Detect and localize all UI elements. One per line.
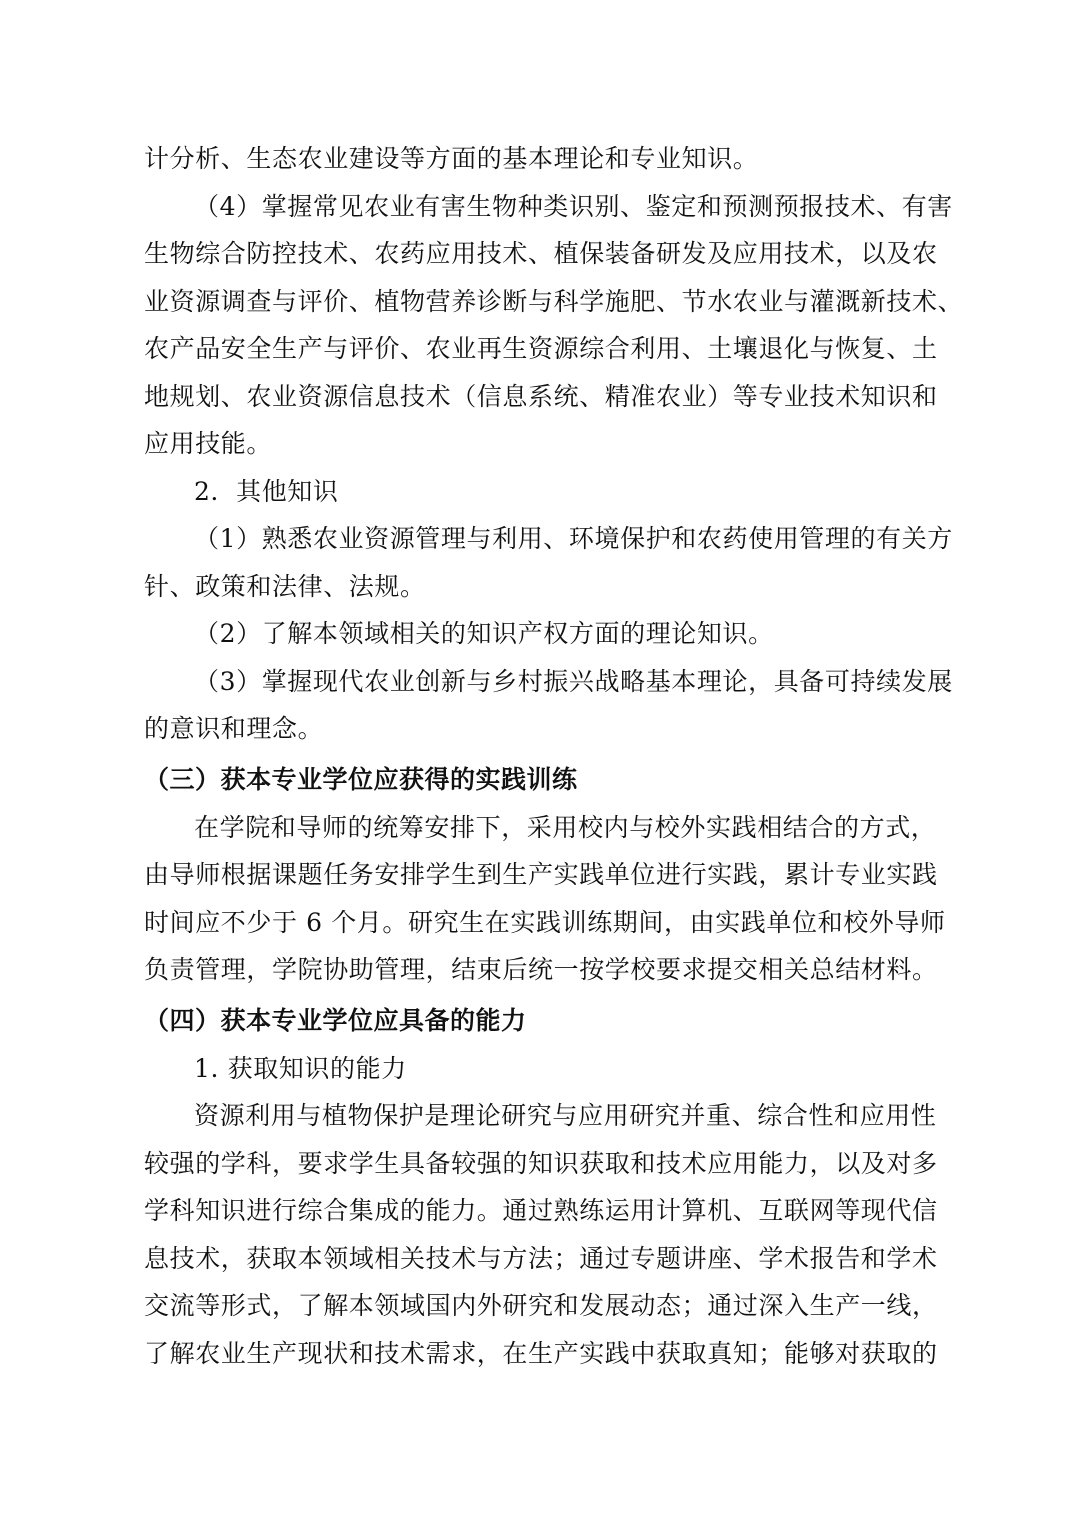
text-line: 计分析、生态农业建设等方面的基本理论和专业知识。 [144, 135, 934, 183]
text-line: 应用技能。 [144, 420, 934, 468]
document-page: 计分析、生态农业建设等方面的基本理论和专业知识。 （4）掌握常见农业有害生物种类… [144, 135, 934, 1377]
text-line: 的意识和理念。 [144, 705, 934, 753]
text-line: 业资源调查与评价、植物营养诊断与科学施肥、节水农业与灌溉新技术、 [144, 278, 934, 326]
paragraph-line: 资源利用与植物保护是理论研究与应用研究并重、综合性和应用性 [144, 1092, 934, 1140]
paragraph-line: 在学院和导师的统筹安排下，采用校内与校外实践相结合的方式， [144, 804, 934, 852]
paragraph-line: 了解农业生产现状和技术需求，在生产实践中获取真知；能够对获取的 [144, 1330, 934, 1378]
subheading-knowledge-acquisition: 1. 获取知识的能力 [144, 1045, 934, 1093]
list-item-4: （4）掌握常见农业有害生物种类识别、鉴定和预测预报技术、有害 [144, 183, 934, 231]
section-heading-abilities: （四）获本专业学位应具备的能力 [144, 994, 934, 1045]
paragraph-line: 息技术，获取本领域相关技术与方法；通过专题讲座、学术报告和学术 [144, 1235, 934, 1283]
paragraph-line: 时间应不少于 6 个月。研究生在实践训练期间，由实践单位和校外导师 [144, 899, 934, 947]
list-item-2: （2）了解本领域相关的知识产权方面的理论知识。 [144, 610, 934, 658]
paragraph-line: 学科知识进行综合集成的能力。通过熟练运用计算机、互联网等现代信 [144, 1187, 934, 1235]
paragraph-line: 负责管理，学院协助管理，结束后统一按学校要求提交相关总结材料。 [144, 946, 934, 994]
section-heading-practice-training: （三）获本专业学位应获得的实践训练 [144, 753, 934, 804]
list-item-1: （1）熟悉农业资源管理与利用、环境保护和农药使用管理的有关方 [144, 515, 934, 563]
paragraph-line: 交流等形式，了解本领域国内外研究和发展动态；通过深入生产一线， [144, 1282, 934, 1330]
text-line: 地规划、农业资源信息技术（信息系统、精准农业）等专业技术知识和 [144, 373, 934, 421]
list-item-3: （3）掌握现代农业创新与乡村振兴战略基本理论，具备可持续发展 [144, 658, 934, 706]
paragraph-line: 由导师根据课题任务安排学生到生产实践单位进行实践，累计专业实践 [144, 851, 934, 899]
paragraph-line: 较强的学科，要求学生具备较强的知识获取和技术应用能力，以及对多 [144, 1140, 934, 1188]
text-line: 生物综合防控技术、农药应用技术、植保装备研发及应用技术，以及农 [144, 230, 934, 278]
text-line: 针、政策和法律、法规。 [144, 563, 934, 611]
text-line: 农产品安全生产与评价、农业再生资源综合利用、土壤退化与恢复、土 [144, 325, 934, 373]
subheading-other-knowledge: 2．其他知识 [144, 468, 934, 516]
